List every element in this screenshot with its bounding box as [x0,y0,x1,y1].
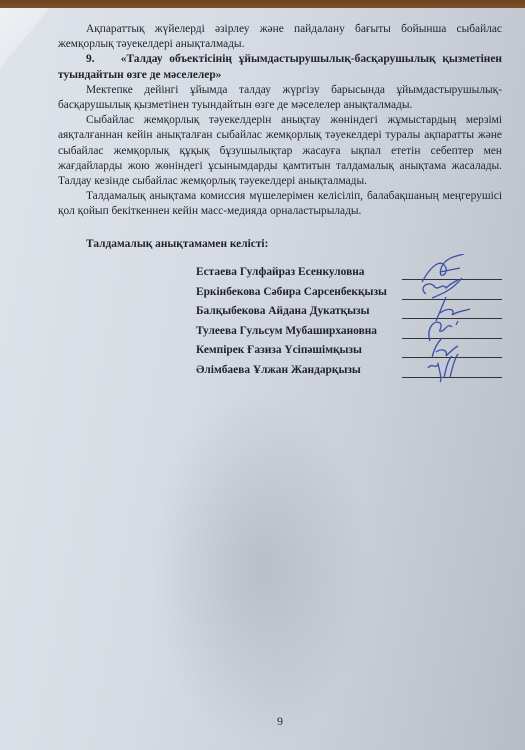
signatory-name: Балқыбекова Айдана Дукатқызы [196,305,370,317]
section-number: 9. [86,52,114,67]
agreed-label: Талдамалық анықтамамен келісті: [86,237,502,252]
document-body: Ақпараттық жүйелерді әзірлеу және пайдал… [58,22,502,252]
section-heading: 9. «Талдау объектісінің ұйымдастырушылық… [58,52,502,82]
signatory-name: Еркінбекова Сәбира Сарсенбекқызы [196,286,387,298]
signatory-name: Тулеева Гульсум Мубаширхановна [196,325,377,337]
signatory-name: Естаева Гулфайраз Есенкуловна [196,266,364,278]
paragraph-info-systems: Ақпараттық жүйелерді әзірлеу және пайдал… [58,22,502,52]
page-number: 9 [277,714,283,729]
paragraph-2: Сыбайлас жемқорлық тәуекелдерін анықтау … [58,113,502,189]
signature-row: Әлімбаева Ұлжан Жандарқызы [196,362,502,382]
signatory-name: Әлімбаева Ұлжан Жандарқызы [196,364,361,376]
signatory-name: Кемпірек Ғазиза Үсіпәшімқызы [196,344,362,356]
paragraph-3: Талдамалық анықтама комиссия мүшелерімен… [58,189,502,219]
document-page: Ақпараттық жүйелерді әзірлеу және пайдал… [0,8,525,750]
paragraph-1: Мектепке дейінгі ұйымда талдау жүргізу б… [58,83,502,113]
section-title: «Талдау объектісінің ұйымдастырушылық-ба… [58,53,502,80]
folded-corner [0,8,50,68]
phone-shadow [150,388,370,748]
signatures-block: Естаева Гулфайраз Есенкуловна Еркінбеков… [196,264,502,381]
signature-icon [412,352,472,384]
